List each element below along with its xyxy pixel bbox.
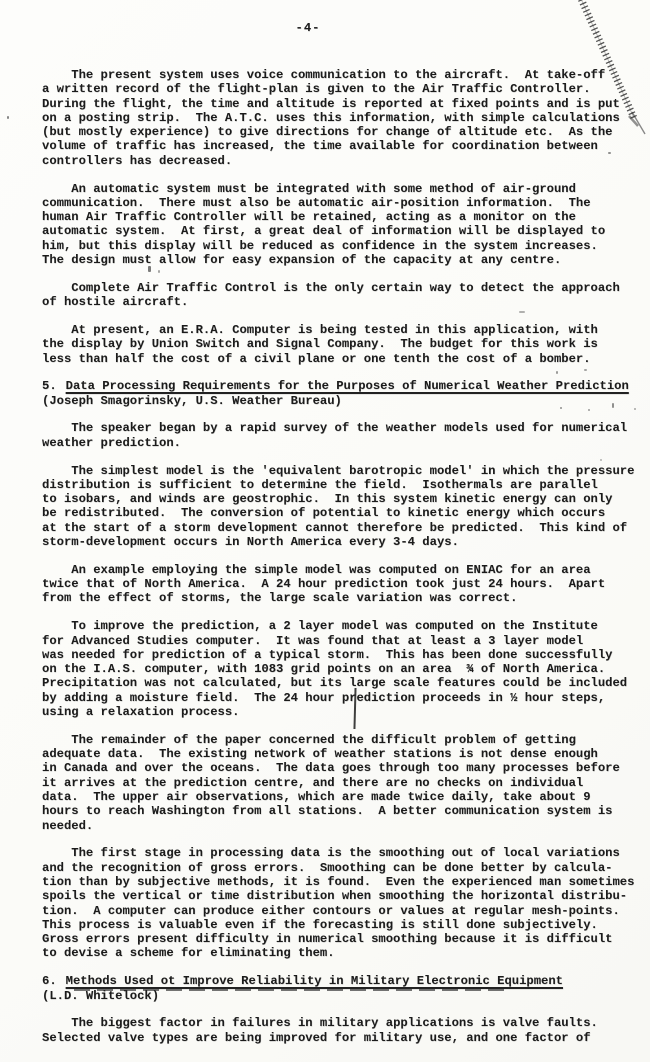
- ink-speck: [588, 409, 590, 411]
- section-6-title-line: 6.Methods Used ot Improve Reliability in…: [42, 974, 646, 988]
- ink-speck: [634, 408, 636, 410]
- ink-speck: [608, 152, 611, 154]
- ink-double-underline: [74, 989, 507, 991]
- ink-speck: [519, 311, 525, 313]
- ink-speck: [556, 371, 558, 374]
- section-6-title: Methods Used ot Improve Reliability in M…: [66, 974, 563, 988]
- section-5-speaker: (Joseph Smagorinsky, U.S. Weather Bureau…: [42, 394, 646, 408]
- section-6-number: 6.: [42, 974, 57, 988]
- ink-speck: [7, 116, 9, 119]
- paragraph-adequate-data: The remainder of the paper concerned the…: [42, 733, 646, 833]
- paragraph-valve-faults: The biggest factor in failures in milita…: [42, 1016, 646, 1045]
- paragraph-present-system: The present system uses voice communicat…: [42, 68, 646, 168]
- paragraph-automatic-system: An automatic system must be integrated w…: [42, 182, 646, 268]
- ink-speck: [612, 403, 614, 408]
- section-5-number: 5.: [42, 379, 57, 393]
- ink-speck: [560, 407, 562, 409]
- ink-speck: [600, 459, 602, 461]
- document-body: The present system uses voice communicat…: [42, 68, 646, 1058]
- paragraph-weather-survey: The speaker began by a rapid survey of t…: [42, 421, 646, 450]
- ink-speck: [148, 266, 151, 272]
- paragraph-era-computer: At present, an E.R.A. Computer is being …: [42, 323, 646, 366]
- page-number: -4-: [0, 21, 633, 35]
- paragraph-simplest-model: The simplest model is the 'equivalent ba…: [42, 464, 646, 550]
- paragraph-first-stage: The first stage in processing data is th…: [42, 846, 646, 960]
- ink-speck: [584, 369, 587, 371]
- section-5-title: Data Processing Requirements for the Pur…: [66, 379, 629, 393]
- section-6-speaker: (L.D. Whitelock): [42, 989, 646, 1003]
- scanned-document-page: -4- The present system uses voice commun…: [0, 0, 650, 1062]
- paragraph-improve-prediction: To improve the prediction, a 2 layer mod…: [42, 619, 646, 719]
- ink-speck: [158, 270, 160, 273]
- paragraph-complete-atc: Complete Air Traffic Control is the only…: [42, 281, 646, 310]
- paragraph-eniac-example: An example employing the simple model wa…: [42, 563, 646, 606]
- section-5-title-line: 5.Data Processing Requirements for the P…: [42, 379, 646, 393]
- section-5-heading: 5.Data Processing Requirements for the P…: [42, 379, 646, 408]
